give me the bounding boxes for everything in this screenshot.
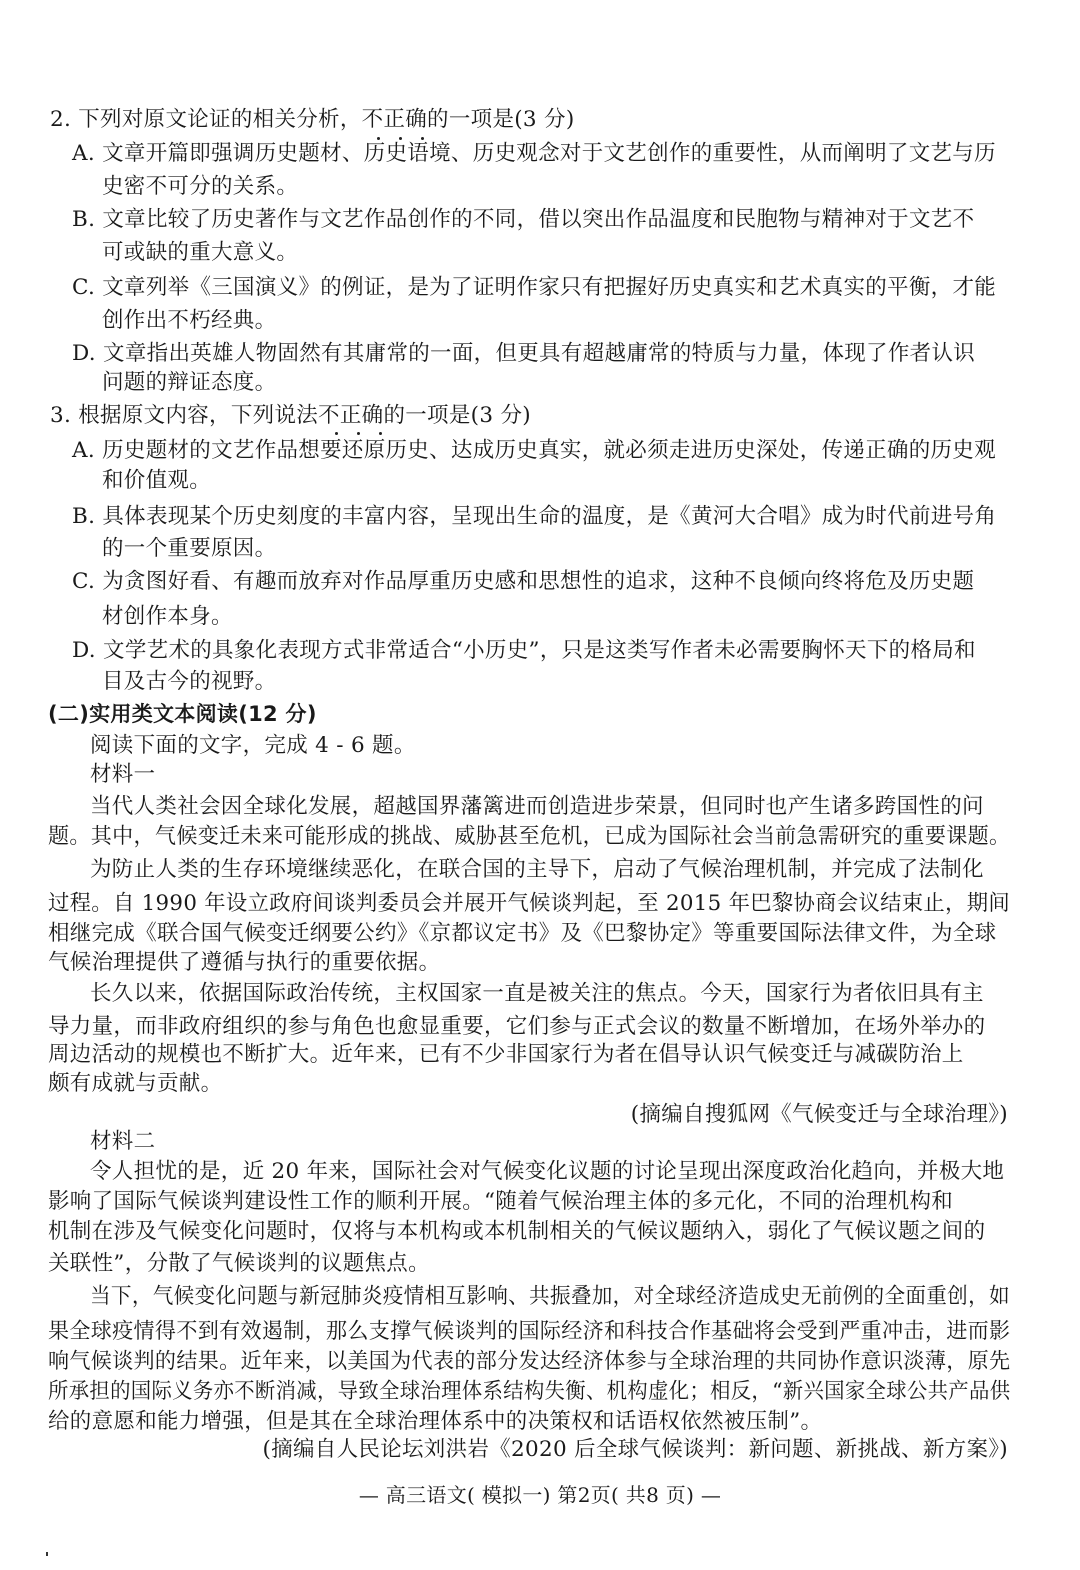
q3-option-c: C. 为贪图好看、有趣而放弃对作品厚重历史感和思想性的追求，这种不良倾向终将危及… [72,567,974,597]
material-2-label: 材料二 [90,1127,155,1157]
question-2-stem: 2. 下列对原文论证的相关分析，不正确的一项是(3 分) [50,105,575,135]
material-1-line: 周边活动的规模也不断扩大。近年来，已有不少非国家行为者在倡导认识气候变迁与减碳防… [48,1040,964,1070]
material-1-line: 长久以来，依据国际政治传统，主权国家一直是被关注的焦点。今天，国家行为者依旧具有… [90,979,984,1009]
q2-option-a: A. 文章开篇即强调历史题材、历史语境、历史观念对于文艺创作的重要性，从而阐明了… [72,139,996,169]
material-1-line: 气候治理提供了遵循与执行的重要依据。 [48,948,440,978]
material-1-source: (摘编自搜狐网《气候变迁与全球治理》) [631,1100,1008,1130]
q3-option-b-cont: 的一个重要原因。 [102,534,276,564]
emphasis-dot [357,432,360,435]
q3-option-c-cont: 材创作本身。 [102,602,233,632]
q2-option-c: C. 文章列举《三国演义》的例证，是为了证明作家只有把握好历史真实和艺术真实的平… [72,273,996,303]
q2-option-d-cont: 问题的辩证态度。 [102,368,276,398]
q2-option-b: B. 文章比较了历史著作与文艺作品创作的不同，借以突出作品温度和民胞物与精神对于… [72,205,974,235]
material-1-label: 材料一 [90,760,155,790]
material-2-line: 关联性”，分散了气候谈判的议题焦点。 [48,1249,430,1279]
material-1-line: 过程。自 1990 年设立政府间谈判委员会并展开气候谈判起，至 2015 年巴黎… [48,889,1010,919]
q3-option-d-cont: 目及古今的视野。 [102,667,276,697]
material-2-source: (摘编自人民论坛刘洪岩《2020 后全球气候谈判：新问题、新挑战、新方案》) [263,1435,1008,1465]
q3-option-a-cont: 和价值观。 [102,466,211,496]
q3-option-b: B. 具体表现某个历史刻度的丰富内容，呈现出生命的温度，是《黄河大合唱》成为时代… [72,502,996,532]
q2-option-a-cont: 史密不可分的关系。 [102,172,298,202]
q3-option-a: A. 历史题材的文艺作品想要还原历史、达成历史真实，就必须走进历史深处，传递正确… [72,436,996,466]
material-2-line: 响气候谈判的结果。近年来，以美国为代表的部分发达经济体参与全球治理的共同协作意识… [48,1347,1010,1377]
material-1-line: 导力量，而非政府组织的参与角色也愈显重要，它们参与正式会议的数量不断增加，在场外… [48,1012,985,1042]
material-2-line: 果全球疫情得不到有效遏制，那么支撑气候谈判的国际经济和科技合作基础将会受到严重冲… [48,1317,1010,1347]
material-2-line: 令人担忧的是，近 20 年来，国际社会对气候变化议题的讨论呈现出深度政治化趋向，… [90,1157,1004,1187]
material-2-line: 当下，气候变化问题与新冠肺炎疫情相互影响、共振叠加，对全球经济造成史无前例的全面… [90,1282,1010,1312]
exam-page: 2. 下列对原文论证的相关分析，不正确的一项是(3 分) A. 文章开篇即强调历… [0,0,1080,1570]
material-2-line: 所承担的国际义务亦不断消减，导致全球治理体系结构失衡、机构虚化；相反，“新兴国家… [48,1377,1010,1407]
page-footer: — 高三语文( 模拟一) 第2页( 共8 页) — [0,1480,1080,1510]
scan-speck [46,1552,48,1556]
material-1-line: 相继完成《联合国气候变迁纲要公约》《京都议定书》及《巴黎协定》等重要国际法律文件… [48,919,996,949]
q2-option-d: D. 文章指出英雄人物固然有其庸常的一面，但更具有超越庸常的特质与力量，体现了作… [72,339,975,369]
question-3-stem: 3. 根据原文内容，下列说法不正确的一项是(3 分) [50,401,531,431]
material-1-line: 当代人类社会因全球化发展，超越国界藩篱进而创造进步荣景，但同时也产生诸多跨国性的… [90,792,984,822]
emphasis-dot [379,432,382,435]
material-2-line: 机制在涉及气候变化问题时，仅将与本机构或本机制相关的气候议题纳入，弱化了气候议题… [48,1217,985,1247]
section-title: (二)实用类文本阅读(12 分) [48,699,317,729]
material-2-line: 影响了国际气候谈判建设性工作的顺利开展。“随着气候治理主体的多元化，不同的治理机… [48,1187,953,1217]
material-1-line: 为防止人类的生存环境继续恶化，在联合国的主导下，启动了气候治理机制，并完成了法制… [90,855,984,885]
q3-option-d: D. 文学艺术的具象化表现方式非常适合“小历史”，只是这类写作者未必需要胸怀天下… [72,636,976,666]
section-instruction: 阅读下面的文字，完成 4 - 6 题。 [90,731,416,761]
q2-option-b-cont: 可或缺的重大意义。 [102,238,298,268]
material-1-line: 颇有成就与贡献。 [48,1069,222,1099]
material-1-line: 题。其中，气候变迁未来可能形成的挑战、威胁甚至危机，已成为国际社会当前急需研究的… [48,822,1010,852]
material-2-line: 给的意愿和能力增强，但是其在全球治理体系中的决策权和话语权依然被压制”。 [48,1407,822,1437]
emphasis-dot [335,432,338,435]
q2-option-c-cont: 创作出不朽经典。 [102,306,276,336]
